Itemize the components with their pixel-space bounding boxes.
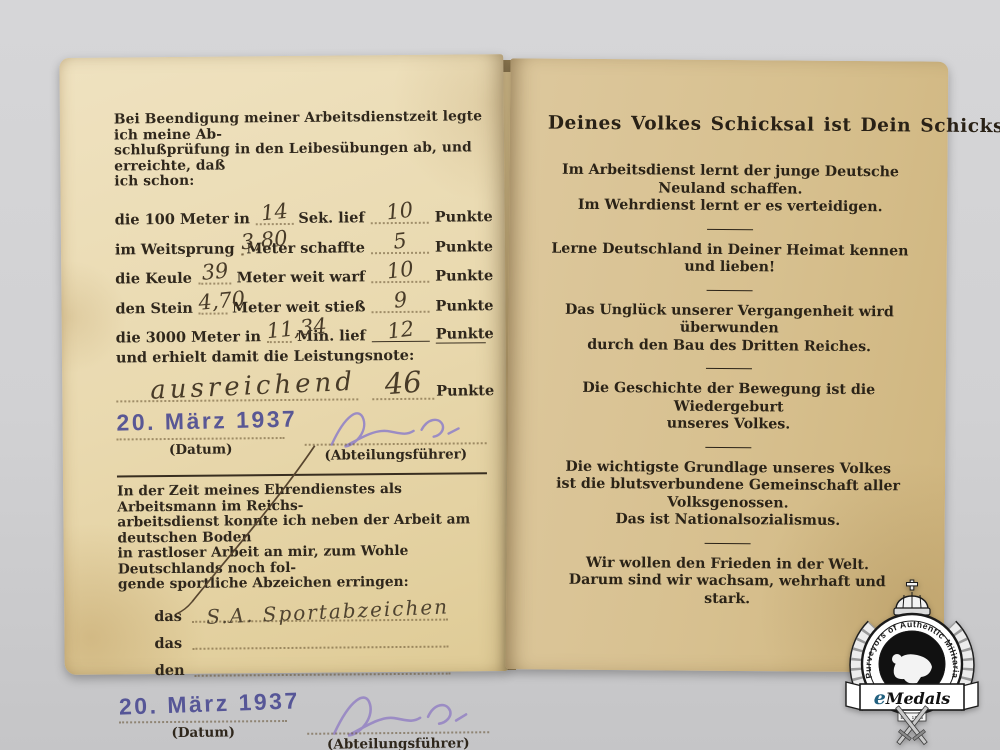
slogan-line: Im Wehrdienst lernt er es verteidigen. — [547, 197, 913, 217]
metric-value-line: 4,70 — [199, 292, 227, 314]
grade-points-handwritten: 46 — [371, 364, 435, 403]
slogan-line: ist die blutsverbundene Gemeinschaft all… — [545, 476, 911, 514]
badge-article: das — [154, 635, 182, 652]
intro-line: Bei Beendigung meiner Arbeitsdienstzeit … — [114, 109, 484, 143]
metric-value-line: 14 — [256, 203, 294, 225]
grade-line-dotted: ausreichend — [116, 369, 358, 403]
date-stamp: 20. März 1937 — [116, 406, 285, 437]
badge-article: den — [155, 662, 185, 679]
punkte-label: Punkte — [435, 238, 485, 255]
table-row: den Stein 4,70 Meter weit stieß 9 Punkte — [115, 285, 485, 318]
date-stamp: 20. März 1937 — [119, 688, 288, 721]
metric-unit: Meter weit stieß — [232, 298, 366, 316]
metric-points-handwritten: 10 — [369, 196, 429, 226]
slogan-line: Das ist Nationalsozialismus. — [545, 511, 911, 531]
intro-line: ich schon: — [114, 172, 484, 191]
metric-value-handwritten: 3,80 — [239, 230, 242, 254]
divider — [705, 542, 751, 543]
metric-value-handwritten: 39 — [197, 259, 233, 286]
metric-unit: Sek. lief — [298, 210, 364, 228]
badge-dotted-line — [192, 626, 448, 650]
intro-paragraph: Bei Beendigung meiner Arbeitsdienstzeit … — [114, 109, 485, 190]
divider — [707, 289, 753, 290]
badge-dotted-line: S.A. Sportabzeichen — [192, 599, 448, 623]
metric-points-handwritten: 9 — [370, 285, 430, 315]
list-item: den — [155, 650, 489, 680]
honor-line: arbeitsdienst konnte ich neben der Arbei… — [117, 513, 487, 547]
metric-value-handwritten: 4,70 — [198, 288, 228, 315]
metric-value-handwritten: 14 — [255, 199, 295, 226]
date-signature-block: 20. März 1937 (Datum) (Abteilungsführer) — [119, 689, 490, 750]
slogan-block: Im Arbeitsdienst lernt der junge Deutsch… — [547, 162, 913, 217]
metric-points-line: 10 — [371, 202, 429, 225]
table-row: die 3000 Meter in 11,34 Min. lief 12 Pun… — [116, 314, 486, 347]
datum-label: (Datum) — [117, 441, 285, 458]
slogan-line: Im Arbeitsdienst lernt der junge Deutsch… — [547, 162, 913, 200]
metric-points-line: 9 — [371, 291, 429, 314]
brand-rest: Medals — [885, 689, 951, 708]
metric-value-line: 3,80 — [240, 233, 241, 255]
grade-handwritten: ausreichend — [150, 367, 357, 406]
slogan-block: Lerne Deutschland in Deiner Heimat kenne… — [547, 240, 913, 278]
list-item: das S.A. Sportabzeichen — [154, 596, 488, 626]
honor-line: In der Zeit meines Ehrendienstes als Arb… — [117, 482, 487, 516]
metric-unit: Meter weit warf — [237, 269, 366, 287]
punkte-label: Punkte — [436, 383, 486, 400]
left-page: Bei Beendigung meiner Arbeitsdienstzeit … — [59, 54, 508, 675]
punkte-label: Punkte — [435, 297, 485, 314]
intro-line: schlußprüfung in den Leibesübungen ab, u… — [114, 140, 484, 174]
grade-row: ausreichend 46 Punkte — [116, 366, 486, 403]
slogan-line: unseres Volkes. — [545, 415, 911, 435]
metric-value-handwritten: 11,34 — [266, 317, 293, 343]
metric-points-handwritten: 12 — [371, 315, 431, 345]
metric-label: den Stein — [115, 300, 193, 318]
divider — [705, 446, 751, 447]
grade-points-line: 46 — [372, 368, 434, 401]
slogan-block: Das Unglück unserer Vergangenheit wird ü… — [546, 301, 912, 356]
metric-label: die 3000 Meter in — [116, 329, 261, 347]
metric-label: im Weitsprung — [115, 240, 235, 258]
abteilungsfuehrer-label: (Abteilungsführer) — [307, 736, 489, 750]
divider — [706, 368, 752, 369]
metric-points-handwritten: 5 — [370, 226, 430, 256]
table-row: im Weitsprung 3,80 Meter schaffte 5 Punk… — [115, 226, 485, 259]
metric-label: die 100 Meter in — [115, 211, 250, 229]
emedals-watermark: Purveyors of Authentic Militaria eMedals… — [828, 576, 996, 750]
honor-line: gende sportliche Abzeichen erringen: — [118, 574, 488, 593]
metric-points-line: 10 — [371, 261, 429, 284]
slogan-line: Die Geschichte der Bewegung ist die Wied… — [546, 380, 912, 418]
brand-e: e — [874, 687, 886, 709]
badge-article: das — [154, 608, 182, 625]
metric-points-line: 12 — [372, 321, 430, 343]
metric-points-line: 5 — [371, 232, 429, 255]
divider — [707, 228, 753, 229]
table-row: die 100 Meter in 14 Sek. lief 10 Punkte — [115, 196, 485, 229]
metric-label: die Keule — [115, 270, 192, 288]
list-item: das — [154, 623, 488, 653]
metric-value-line: 39 — [198, 263, 232, 285]
abteilungsfuehrer-label: (Abteilungsführer) — [305, 447, 487, 465]
brand-banner: eMedals — [846, 682, 978, 710]
metric-points-handwritten: 10 — [370, 255, 430, 285]
badge-list: das S.A. Sportabzeichen das den — [118, 596, 489, 680]
badge-dotted-line — [194, 653, 450, 677]
slogan-block: Die wichtigste Grundlage unseres Volkes … — [545, 458, 912, 531]
slogan-line: Das Unglück unserer Vergangenheit wird ü… — [546, 301, 912, 339]
punkte-label: Punkte — [436, 326, 486, 344]
honor-line: in rastloser Arbeit an mir, zum Wohle De… — [118, 543, 488, 577]
slogan-line: Lerne Deutschland in Deiner Heimat kenne… — [547, 240, 913, 278]
datum-label: (Datum) — [119, 724, 287, 741]
svg-text:eMedals: eMedals — [874, 687, 951, 709]
slogan-block: Die Geschichte der Bewegung ist die Wied… — [545, 380, 911, 435]
punkte-label: Punkte — [435, 268, 485, 285]
crown-icon — [894, 580, 930, 616]
section-divider-rule — [117, 473, 487, 478]
metric-value-line: 11,34 — [267, 321, 292, 343]
date-signature-block: 20. März 1937 (Datum) (Abteilungsführer) — [116, 406, 486, 466]
fitness-results-table: die 100 Meter in 14 Sek. lief 10 Punkte … — [115, 196, 486, 347]
honor-paragraph: In der Zeit meines Ehrendienstes als Arb… — [117, 482, 488, 593]
table-row: die Keule 39 Meter weit warf 10 Punkte — [115, 255, 485, 288]
slogan-line: durch den Bau des Dritten Reiches. — [546, 336, 912, 356]
page-title: Deines Volkes Schicksal ist Dein Schicks… — [548, 113, 914, 137]
punkte-label: Punkte — [435, 209, 485, 226]
booklet-photo: Bei Beendigung meiner Arbeitsdienstzeit … — [0, 0, 1000, 750]
